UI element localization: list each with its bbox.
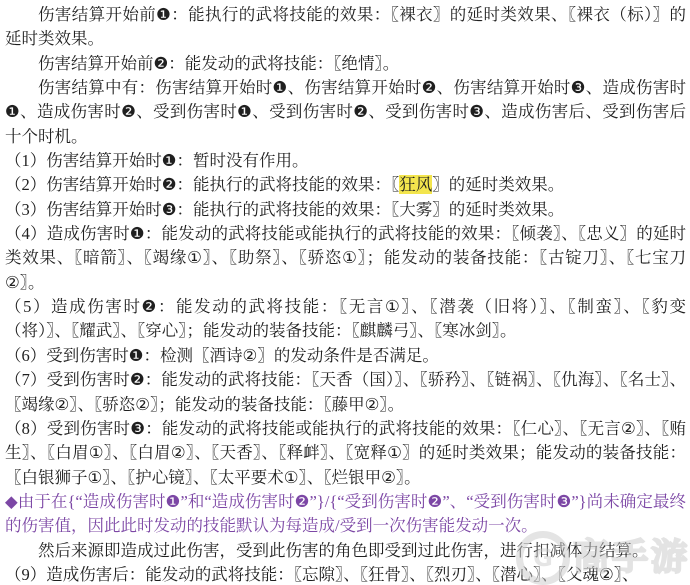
paragraph-item-9: （9）造成伤害后：能发动的武将技能：〖忘隙〗、〖狂骨〗、〖烈刃〗、〖潜心〗、〖父… — [5, 563, 686, 585]
item-2-text-before: （2）伤害结算开始时❷：能执行的武将技能的效果：〖 — [5, 175, 399, 194]
item-2-text-after: 〗的延时类效果。 — [432, 175, 564, 194]
paragraph-damage-calc-before-1: 伤害结算开始前❶：能执行的武将技能的效果：〖裸衣〗的延时类效果、〖裸衣（标）〗的… — [5, 3, 686, 52]
paragraph-item-2: （2）伤害结算开始时❷：能执行的武将技能的效果：〖狂风〗的延时类效果。 — [5, 173, 686, 197]
paragraph-damage-settlement: 然后来源即造成过此伤害，受到此伤害的角色即受到过此伤害，进行扣减体力结算。 — [5, 539, 686, 563]
paragraph-damage-calc-before-2: 伤害结算开始前❷：能发动的武将技能：〖绝情〗。 — [5, 52, 686, 76]
paragraph-item-1: （1）伤害结算开始时❶：暂时没有作用。 — [5, 149, 686, 173]
paragraph-item-7: （7）受到伤害时❷：能发动的武将技能：〖天香（国）〗、〖骄矜〗、〖链祸〗、〖仇海… — [5, 368, 686, 417]
document-page: 伤害结算开始前❶：能执行的武将技能的效果：〖裸衣〗的延时类效果、〖裸衣（标）〗的… — [0, 0, 690, 585]
paragraph-item-8: （8）受到伤害时❸：能发动的武将技能或能执行的武将技能的效果：〖仁心〗、〖无言②… — [5, 417, 686, 490]
paragraph-item-6: （6）受到伤害时❶：检测〖酒诗②〗的发动条件是否满足。 — [5, 344, 686, 368]
paragraph-note: ◆由于在{“造成伤害时❶”和“造成伤害时❷”}/{“受到伤害时❷”、“受到伤害时… — [5, 490, 686, 539]
highlighted-term: 狂风 — [399, 175, 432, 194]
paragraph-item-5: （5）造成伤害时❷：能发动的武将技能：〖无言①〗、〖潜袭（旧将）〗、〖制蛮〗、〖… — [5, 295, 686, 344]
paragraph-damage-calc-timings: 伤害结算中有：伤害结算开始时❶、伤害结算开始时❷、伤害结算开始时❸、造成伤害时❶… — [5, 76, 686, 149]
paragraph-item-3: （3）伤害结算开始时❸：能执行的武将技能的效果：〖大雾〗的延时类效果。 — [5, 198, 686, 222]
paragraph-item-4: （4）造成伤害时❶：能发动的武将技能或能执行的武将技能的效果：〖倾袭〗、〖忠义〗… — [5, 222, 686, 295]
